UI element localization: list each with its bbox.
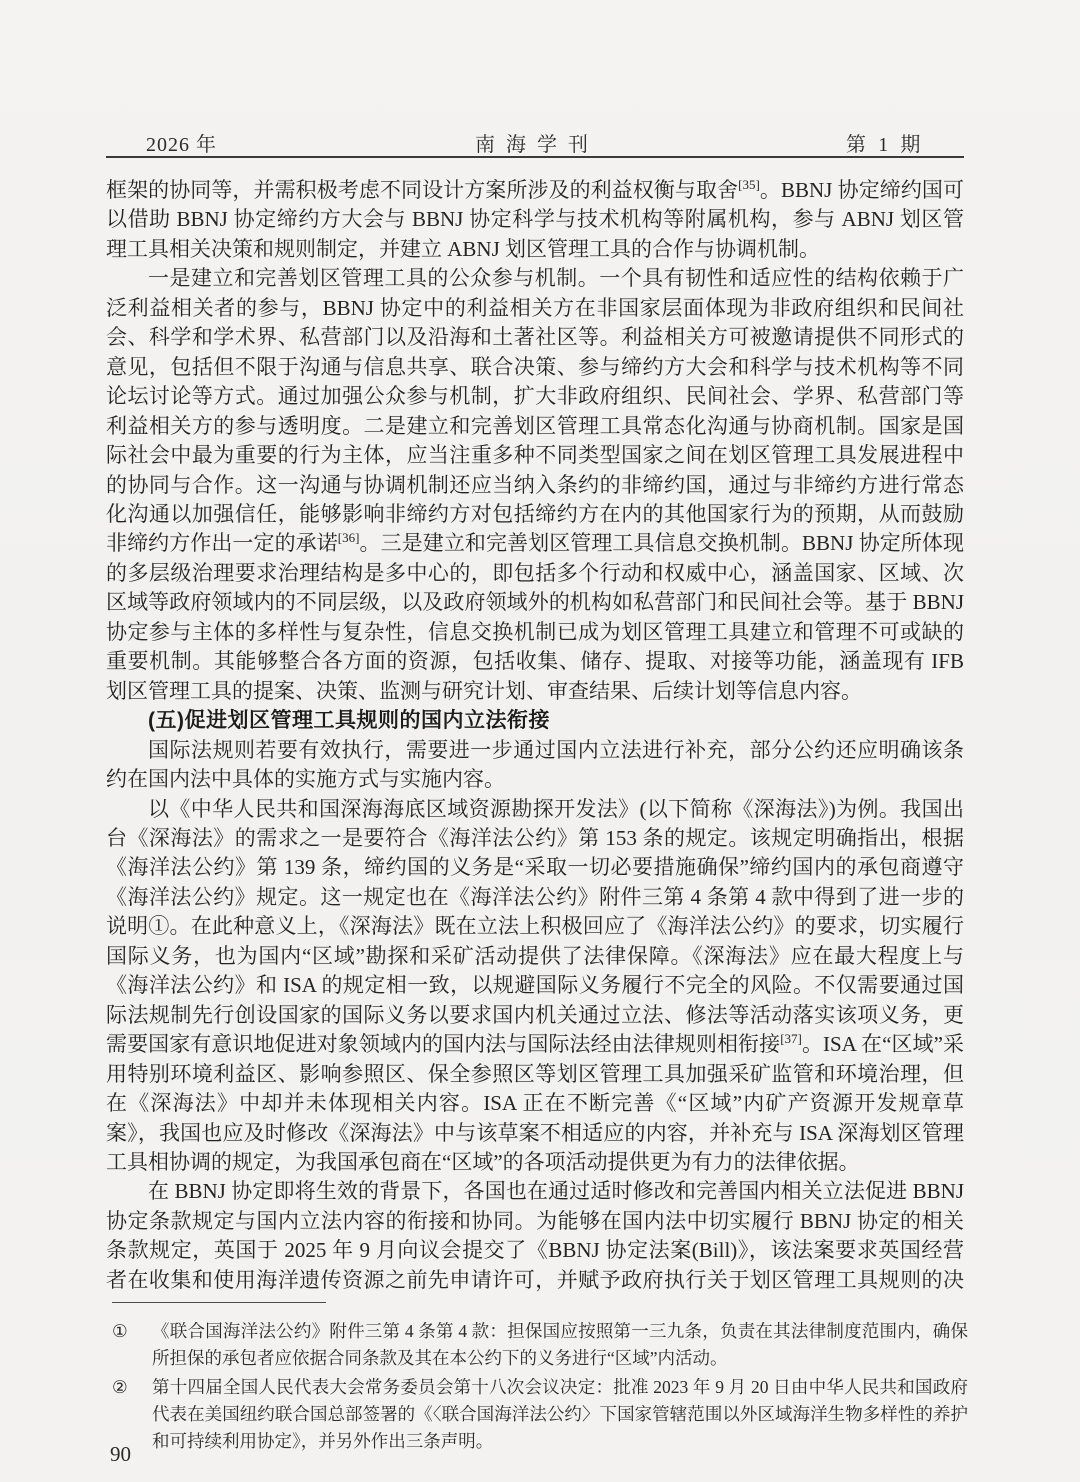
footnote-text: 《联合国海洋法公约》附件三第 4 条第 4 款：担保国应按照第一三九条，负责在其… — [152, 1321, 968, 1368]
footnote-item: ②第十四届全国人民代表大会常务委员会第十八次会议决定：批准 2023 年 9 月… — [106, 1374, 968, 1455]
footnote-text: 第十四届全国人民代表大会常务委员会第十八次会议决定：批准 2023 年 9 月 … — [152, 1377, 968, 1451]
header-journal-title: 南海学刊 — [475, 128, 599, 157]
header-issue-label: 第 1 期 — [846, 128, 924, 157]
citation-ref: [37] — [780, 1031, 802, 1046]
header-rule — [106, 156, 964, 158]
footnote-marker: ① — [112, 1318, 128, 1345]
citation-ref: [38] — [552, 1296, 574, 1298]
footnotes-list: ①《联合国海洋法公约》附件三第 4 条第 4 款：担保国应按照第一三九条，负责在… — [106, 1318, 968, 1457]
paragraph: 以《中华人民共和国深海海底区域资源勘探开发法》(以下简称《深海法》)为例。我国出… — [106, 795, 964, 1178]
footnote-marker: ② — [112, 1374, 128, 1401]
footnote-item: ①《联合国海洋法公约》附件三第 4 条第 4 款：担保国应按照第一三九条，负责在… — [106, 1318, 968, 1372]
citation-ref: [35] — [738, 177, 760, 192]
header-year: 2026 年 — [146, 128, 217, 157]
paragraph: 在 BBNJ 协定即将生效的背景下，各国也在通过适时修改和完善国内相关立法促进 … — [106, 1177, 964, 1298]
paragraph: 框架的协同等，并需积极考虑不同设计方案所涉及的利益权衡与取舍[35]。BBNJ … — [106, 176, 964, 264]
body-text: 框架的协同等，并需积极考虑不同设计方案所涉及的利益权衡与取舍[35]。BBNJ … — [106, 176, 964, 1298]
footnote-separator — [112, 1302, 326, 1303]
citation-ref: [36] — [338, 530, 360, 545]
paragraph: 国际法规则若要有效执行，需要进一步通过国内立法进行补充，部分公约还应明确该条约在… — [106, 736, 964, 795]
page-number: 90 — [110, 1442, 131, 1467]
journal-page: 2026 年 南海学刊 第 1 期 框架的协同等，并需积极考虑不同设计方案所涉及… — [0, 0, 1080, 1482]
page-header: 2026 年 南海学刊 第 1 期 — [106, 128, 964, 157]
section-heading: (五)促进划区管理工具规则的国内立法衔接 — [106, 706, 964, 735]
paragraph: 一是建立和完善划区管理工具的公众参与机制。一个具有韧性和适应性的结构依赖于广泛利… — [106, 264, 964, 706]
